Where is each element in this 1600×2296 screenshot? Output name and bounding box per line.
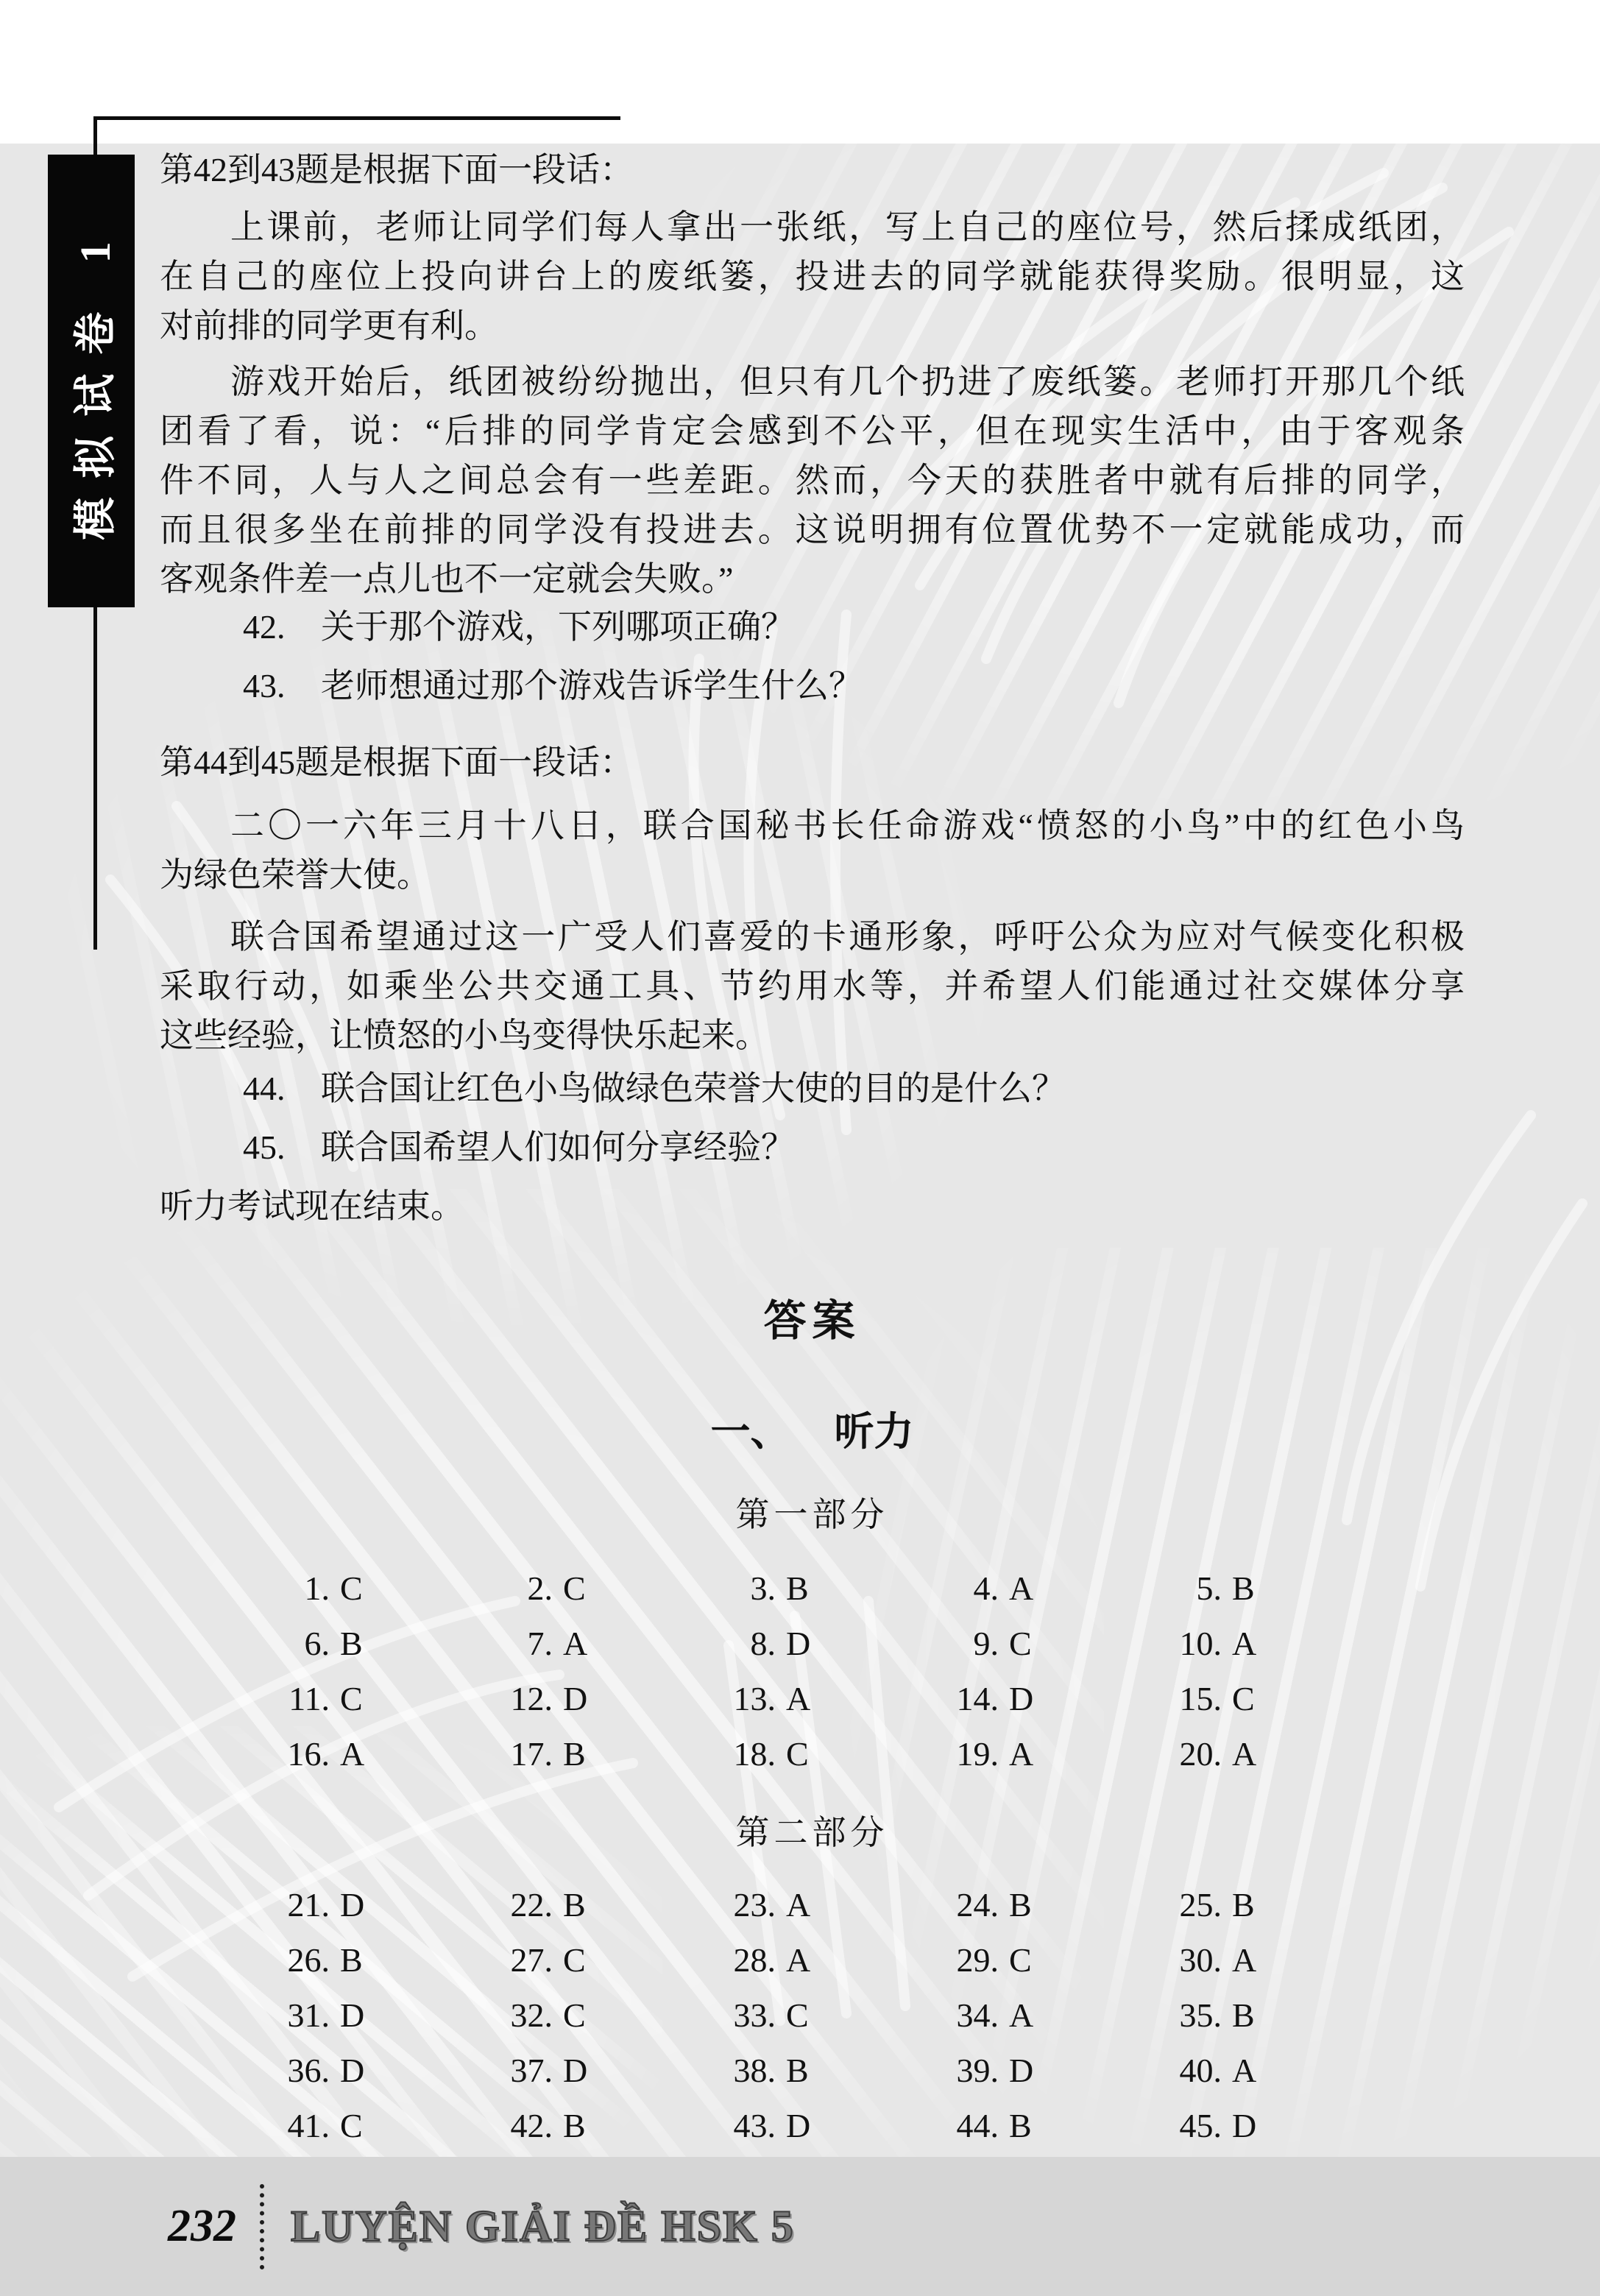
answer-number: 37. bbox=[488, 2051, 553, 2090]
section-42-43-heading: 第42到43题是根据下面一段话： bbox=[160, 145, 1465, 194]
answer-letter: B bbox=[1232, 1885, 1255, 1924]
answer-letter: A bbox=[1232, 1624, 1256, 1663]
answer-number: 32. bbox=[488, 1996, 553, 2035]
answer-letter: D bbox=[340, 2051, 364, 2090]
answer-number: 25. bbox=[1157, 1885, 1222, 1924]
answer-letter: D bbox=[786, 2106, 810, 2145]
answer-letter: A bbox=[786, 1940, 810, 1979]
answer-cell: 23.A bbox=[711, 1877, 934, 1932]
answer-number: 19. bbox=[934, 1734, 999, 1773]
answer-number: 20. bbox=[1157, 1734, 1222, 1773]
paragraph-line: 这些经验，让愤怒的小鸟变得快乐起来。 bbox=[160, 1011, 1465, 1060]
answer-letter: C bbox=[1009, 1624, 1032, 1663]
footer-band: 232 LUYỆN GIẢI ĐỀ HSK 5 bbox=[0, 2157, 1600, 2296]
answer-letter: C bbox=[1232, 1679, 1255, 1718]
paragraph-2: 游戏开始后，纸团被纷纷抛出，但只有几个扔进了废纸篓。老师打开那几个纸 团看了看，… bbox=[160, 357, 1465, 604]
answer-letter: A bbox=[340, 1734, 364, 1773]
answer-number: 15. bbox=[1157, 1679, 1222, 1718]
answer-cell: 35.B bbox=[1157, 1988, 1380, 2043]
answer-cell: 37.D bbox=[488, 2043, 711, 2098]
answer-cell: 21.D bbox=[265, 1877, 488, 1932]
answer-cell: 16.A bbox=[265, 1726, 488, 1781]
answer-number: 9. bbox=[934, 1624, 999, 1663]
answer-cell: 43.D bbox=[711, 2098, 934, 2153]
answer-letter: B bbox=[1232, 1996, 1255, 2035]
answer-number: 8. bbox=[711, 1624, 776, 1663]
answer-number: 35. bbox=[1157, 1996, 1222, 2035]
answer-number: 44. bbox=[934, 2106, 999, 2145]
answer-letter: D bbox=[340, 1996, 364, 2035]
question-number: 43. bbox=[243, 661, 296, 710]
answer-grid-part2: 21.D 22.B 23.A 24.B 25.B 26.B 27.C 28.A … bbox=[265, 1877, 1380, 2153]
paragraph-line: 客观条件差一点儿也不一定就会失败。” bbox=[160, 554, 1465, 604]
answer-cell: 20.A bbox=[1157, 1726, 1380, 1781]
top-rule bbox=[95, 116, 620, 120]
answer-number: 39. bbox=[934, 2051, 999, 2090]
answer-number: 17. bbox=[488, 1734, 553, 1773]
answer-letter: D bbox=[1232, 2106, 1256, 2145]
answer-letter: A bbox=[786, 1885, 810, 1924]
paragraph-line: 为绿色荣誉大使。 bbox=[160, 850, 1465, 900]
answer-number: 13. bbox=[711, 1679, 776, 1718]
answer-cell: 19.A bbox=[934, 1726, 1157, 1781]
answer-letter: C bbox=[563, 1996, 586, 2035]
paragraph-line: 在自己的座位上投向讲台上的废纸篓，投进去的同学就能获得奖励。很明显，这 bbox=[160, 252, 1465, 301]
answer-number: 4. bbox=[934, 1569, 999, 1608]
answer-number: 27. bbox=[488, 1940, 553, 1979]
answer-number: 21. bbox=[265, 1885, 330, 1924]
answer-number: 18. bbox=[711, 1734, 776, 1773]
answer-number: 7. bbox=[488, 1624, 553, 1663]
answer-number: 41. bbox=[265, 2106, 330, 2145]
paragraph-4: 联合国希望通过这一广受人们喜爱的卡通形象，呼吁公众为应对气候变化积极 采取行动，… bbox=[160, 912, 1465, 1060]
answer-number: 36. bbox=[265, 2051, 330, 2090]
answer-letter: C bbox=[786, 1996, 809, 2035]
answer-number: 24. bbox=[934, 1885, 999, 1924]
answer-cell: 5.B bbox=[1157, 1561, 1380, 1616]
answer-letter: A bbox=[1232, 1940, 1256, 1979]
sidebar-label: 模拟试卷 1 bbox=[60, 222, 122, 540]
answer-cell: 25.B bbox=[1157, 1877, 1380, 1932]
answer-number: 1. bbox=[265, 1569, 330, 1608]
sidebar-tab: 模拟试卷 1 bbox=[48, 155, 135, 607]
answers-section-number: 一、 bbox=[711, 1410, 790, 1454]
question-44: 44. 联合国让红色小鸟做绿色荣誉大使的目的是什么？ bbox=[160, 1064, 1548, 1113]
answer-number: 6. bbox=[265, 1624, 330, 1663]
answer-cell: 12.D bbox=[488, 1671, 711, 1726]
question-number: 44. bbox=[243, 1064, 296, 1113]
answer-letter: A bbox=[1232, 1734, 1256, 1773]
answer-number: 10. bbox=[1157, 1624, 1222, 1663]
answer-cell: 11.C bbox=[265, 1671, 488, 1726]
paragraph-line: 二〇一六年三月十八日，联合国秘书长任命游戏“愤怒的小鸟”中的红色小鸟 bbox=[160, 801, 1465, 850]
answer-letter: A bbox=[1009, 1996, 1033, 2035]
answer-cell: 42.B bbox=[488, 2098, 711, 2153]
listening-end-note: 听力考试现在结束。 bbox=[160, 1181, 1465, 1231]
paragraph-3: 二〇一六年三月十八日，联合国秘书长任命游戏“愤怒的小鸟”中的红色小鸟 为绿色荣誉… bbox=[160, 801, 1465, 900]
book-title: LUYỆN GIẢI ĐỀ HSK 5 bbox=[291, 2201, 795, 2252]
answer-cell: 26.B bbox=[265, 1932, 488, 1988]
answer-letter: A bbox=[1232, 2051, 1256, 2090]
answer-number: 22. bbox=[488, 1885, 553, 1924]
answer-number: 12. bbox=[488, 1679, 553, 1718]
answer-number: 29. bbox=[934, 1940, 999, 1979]
answer-cell: 6.B bbox=[265, 1616, 488, 1671]
answer-letter: B bbox=[563, 1734, 586, 1773]
answer-cell: 8.D bbox=[711, 1616, 934, 1671]
answer-cell: 14.D bbox=[934, 1671, 1157, 1726]
answer-number: 11. bbox=[265, 1679, 330, 1718]
question-43: 43. 老师想通过那个游戏告诉学生什么？ bbox=[160, 661, 1548, 710]
answer-number: 26. bbox=[265, 1940, 330, 1979]
paragraph-line: 采取行动，如乘坐公共交通工具、节约用水等，并希望人们能通过社交媒体分享 bbox=[160, 961, 1465, 1011]
answer-number: 16. bbox=[265, 1734, 330, 1773]
answer-cell: 9.C bbox=[934, 1616, 1157, 1671]
question-text: 联合国希望人们如何分享经验？ bbox=[321, 1123, 795, 1172]
answer-letter: C bbox=[786, 1734, 809, 1773]
answer-cell: 38.B bbox=[711, 2043, 934, 2098]
answer-letter: D bbox=[563, 2051, 587, 2090]
answer-letter: B bbox=[1009, 2106, 1032, 2145]
answer-cell: 29.C bbox=[934, 1932, 1157, 1988]
answer-number: 33. bbox=[711, 1996, 776, 2035]
answer-number: 28. bbox=[711, 1940, 776, 1979]
answer-letter: B bbox=[786, 2051, 809, 2090]
answer-letter: B bbox=[1232, 1569, 1255, 1608]
book-page: 模拟试卷 1 第42到43题是根据下面一段话： 上课前，老师让同学们每人拿出一张… bbox=[0, 0, 1600, 2296]
answer-cell: 15.C bbox=[1157, 1671, 1380, 1726]
answer-letter: A bbox=[1009, 1734, 1033, 1773]
answer-cell: 34.A bbox=[934, 1988, 1157, 2043]
answer-cell: 45.D bbox=[1157, 2098, 1380, 2153]
paragraph-line: 联合国希望通过这一广受人们喜爱的卡通形象，呼吁公众为应对气候变化积极 bbox=[160, 912, 1465, 961]
question-text: 关于那个游戏，下列哪项正确？ bbox=[321, 602, 795, 651]
answer-letter: B bbox=[786, 1569, 809, 1608]
answer-letter: D bbox=[786, 1624, 810, 1663]
answers-section-heading: 一、听力 bbox=[160, 1405, 1465, 1459]
answer-letter: C bbox=[1009, 1940, 1032, 1979]
answer-cell: 1.C bbox=[265, 1561, 488, 1616]
answer-cell: 7.A bbox=[488, 1616, 711, 1671]
answer-letter: B bbox=[340, 1624, 363, 1663]
answer-letter: B bbox=[1009, 1885, 1032, 1924]
answer-cell: 4.A bbox=[934, 1561, 1157, 1616]
answer-letter: C bbox=[340, 1569, 363, 1608]
answer-number: 45. bbox=[1157, 2106, 1222, 2145]
answer-cell: 31.D bbox=[265, 1988, 488, 2043]
answer-cell: 39.D bbox=[934, 2043, 1157, 2098]
question-42: 42. 关于那个游戏，下列哪项正确？ bbox=[160, 602, 1548, 651]
answers-section-name: 听力 bbox=[835, 1410, 914, 1454]
paragraph-line: 件不同，人与人之间总会有一些差距。然而，今天的获胜者中就有后排的同学， bbox=[160, 456, 1465, 505]
answer-cell: 36.D bbox=[265, 2043, 488, 2098]
question-text: 联合国让红色小鸟做绿色荣誉大使的目的是什么？ bbox=[321, 1064, 1066, 1113]
answer-letter: D bbox=[1009, 2051, 1033, 2090]
answer-cell: 27.C bbox=[488, 1932, 711, 1988]
answer-cell: 41.C bbox=[265, 2098, 488, 2153]
answer-letter: C bbox=[340, 2106, 363, 2145]
answer-grid-part1: 1.C 2.C 3.B 4.A 5.B 6.B 7.A 8.D 9.C 10.A… bbox=[265, 1561, 1380, 1781]
answer-cell: 22.B bbox=[488, 1877, 711, 1932]
answer-number: 23. bbox=[711, 1885, 776, 1924]
answer-cell: 28.A bbox=[711, 1932, 934, 1988]
answers-title: 答案 bbox=[160, 1292, 1465, 1351]
paragraph-line: 团看了看，说：“后排的同学肯定会感到不公平，但在现实生活中，由于客观条 bbox=[160, 406, 1465, 456]
answer-cell: 3.B bbox=[711, 1561, 934, 1616]
answer-number: 40. bbox=[1157, 2051, 1222, 2090]
answer-letter: C bbox=[340, 1679, 363, 1718]
answer-cell: 18.C bbox=[711, 1726, 934, 1781]
answer-cell: 24.B bbox=[934, 1877, 1157, 1932]
paragraph-line: 上课前，老师让同学们每人拿出一张纸，写上自己的座位号，然后揉成纸团， bbox=[160, 202, 1465, 252]
answer-cell: 32.C bbox=[488, 1988, 711, 2043]
part2-heading: 第二部分 bbox=[160, 1811, 1465, 1855]
answer-number: 14. bbox=[934, 1679, 999, 1718]
answer-number: 2. bbox=[488, 1569, 553, 1608]
answer-letter: D bbox=[1009, 1679, 1033, 1718]
answer-cell: 10.A bbox=[1157, 1616, 1380, 1671]
paragraph-1: 上课前，老师让同学们每人拿出一张纸，写上自己的座位号，然后揉成纸团， 在自己的座… bbox=[160, 202, 1465, 350]
answer-cell: 44.B bbox=[934, 2098, 1157, 2153]
page-number: 232 bbox=[168, 2200, 236, 2253]
answer-letter: A bbox=[563, 1624, 587, 1663]
answer-letter: D bbox=[340, 1885, 364, 1924]
answer-cell: 30.A bbox=[1157, 1932, 1380, 1988]
answer-cell: 17.B bbox=[488, 1726, 711, 1781]
question-text: 老师想通过那个游戏告诉学生什么？ bbox=[321, 661, 863, 710]
paragraph-line: 对前排的同学更有利。 bbox=[160, 301, 1465, 350]
answer-number: 34. bbox=[934, 1996, 999, 2035]
answer-number: 42. bbox=[488, 2106, 553, 2145]
answer-cell: 13.A bbox=[711, 1671, 934, 1726]
section-44-45-heading: 第44到45题是根据下面一段话： bbox=[160, 738, 1465, 787]
answer-cell: 33.C bbox=[711, 1988, 934, 2043]
answer-letter: B bbox=[340, 1940, 363, 1979]
answer-letter: B bbox=[563, 2106, 586, 2145]
answer-cell: 40.A bbox=[1157, 2043, 1380, 2098]
answer-number: 3. bbox=[711, 1569, 776, 1608]
answer-letter: D bbox=[563, 1679, 587, 1718]
answer-number: 30. bbox=[1157, 1940, 1222, 1979]
answer-letter: A bbox=[1009, 1569, 1033, 1608]
paragraph-line: 而且很多坐在前排的同学没有投进去。这说明拥有位置优势不一定就能成功，而 bbox=[160, 505, 1465, 554]
corner-line-upper bbox=[93, 116, 97, 156]
question-number: 45. bbox=[243, 1123, 296, 1172]
answer-number: 43. bbox=[711, 2106, 776, 2145]
question-number: 42. bbox=[243, 602, 296, 651]
answer-letter: A bbox=[786, 1679, 810, 1718]
answer-letter: C bbox=[563, 1940, 586, 1979]
part1-heading: 第一部分 bbox=[160, 1493, 1465, 1537]
answer-number: 31. bbox=[265, 1996, 330, 2035]
corner-line-lower bbox=[93, 607, 97, 950]
answer-cell: 2.C bbox=[488, 1561, 711, 1616]
question-45: 45. 联合国希望人们如何分享经验？ bbox=[160, 1123, 1548, 1172]
answer-letter: C bbox=[563, 1569, 586, 1608]
answer-number: 38. bbox=[711, 2051, 776, 2090]
answer-number: 5. bbox=[1157, 1569, 1222, 1608]
answer-letter: B bbox=[563, 1885, 586, 1924]
paragraph-line: 游戏开始后，纸团被纷纷抛出，但只有几个扔进了废纸篓。老师打开那几个纸 bbox=[160, 357, 1465, 406]
footer-divider bbox=[260, 2184, 264, 2269]
